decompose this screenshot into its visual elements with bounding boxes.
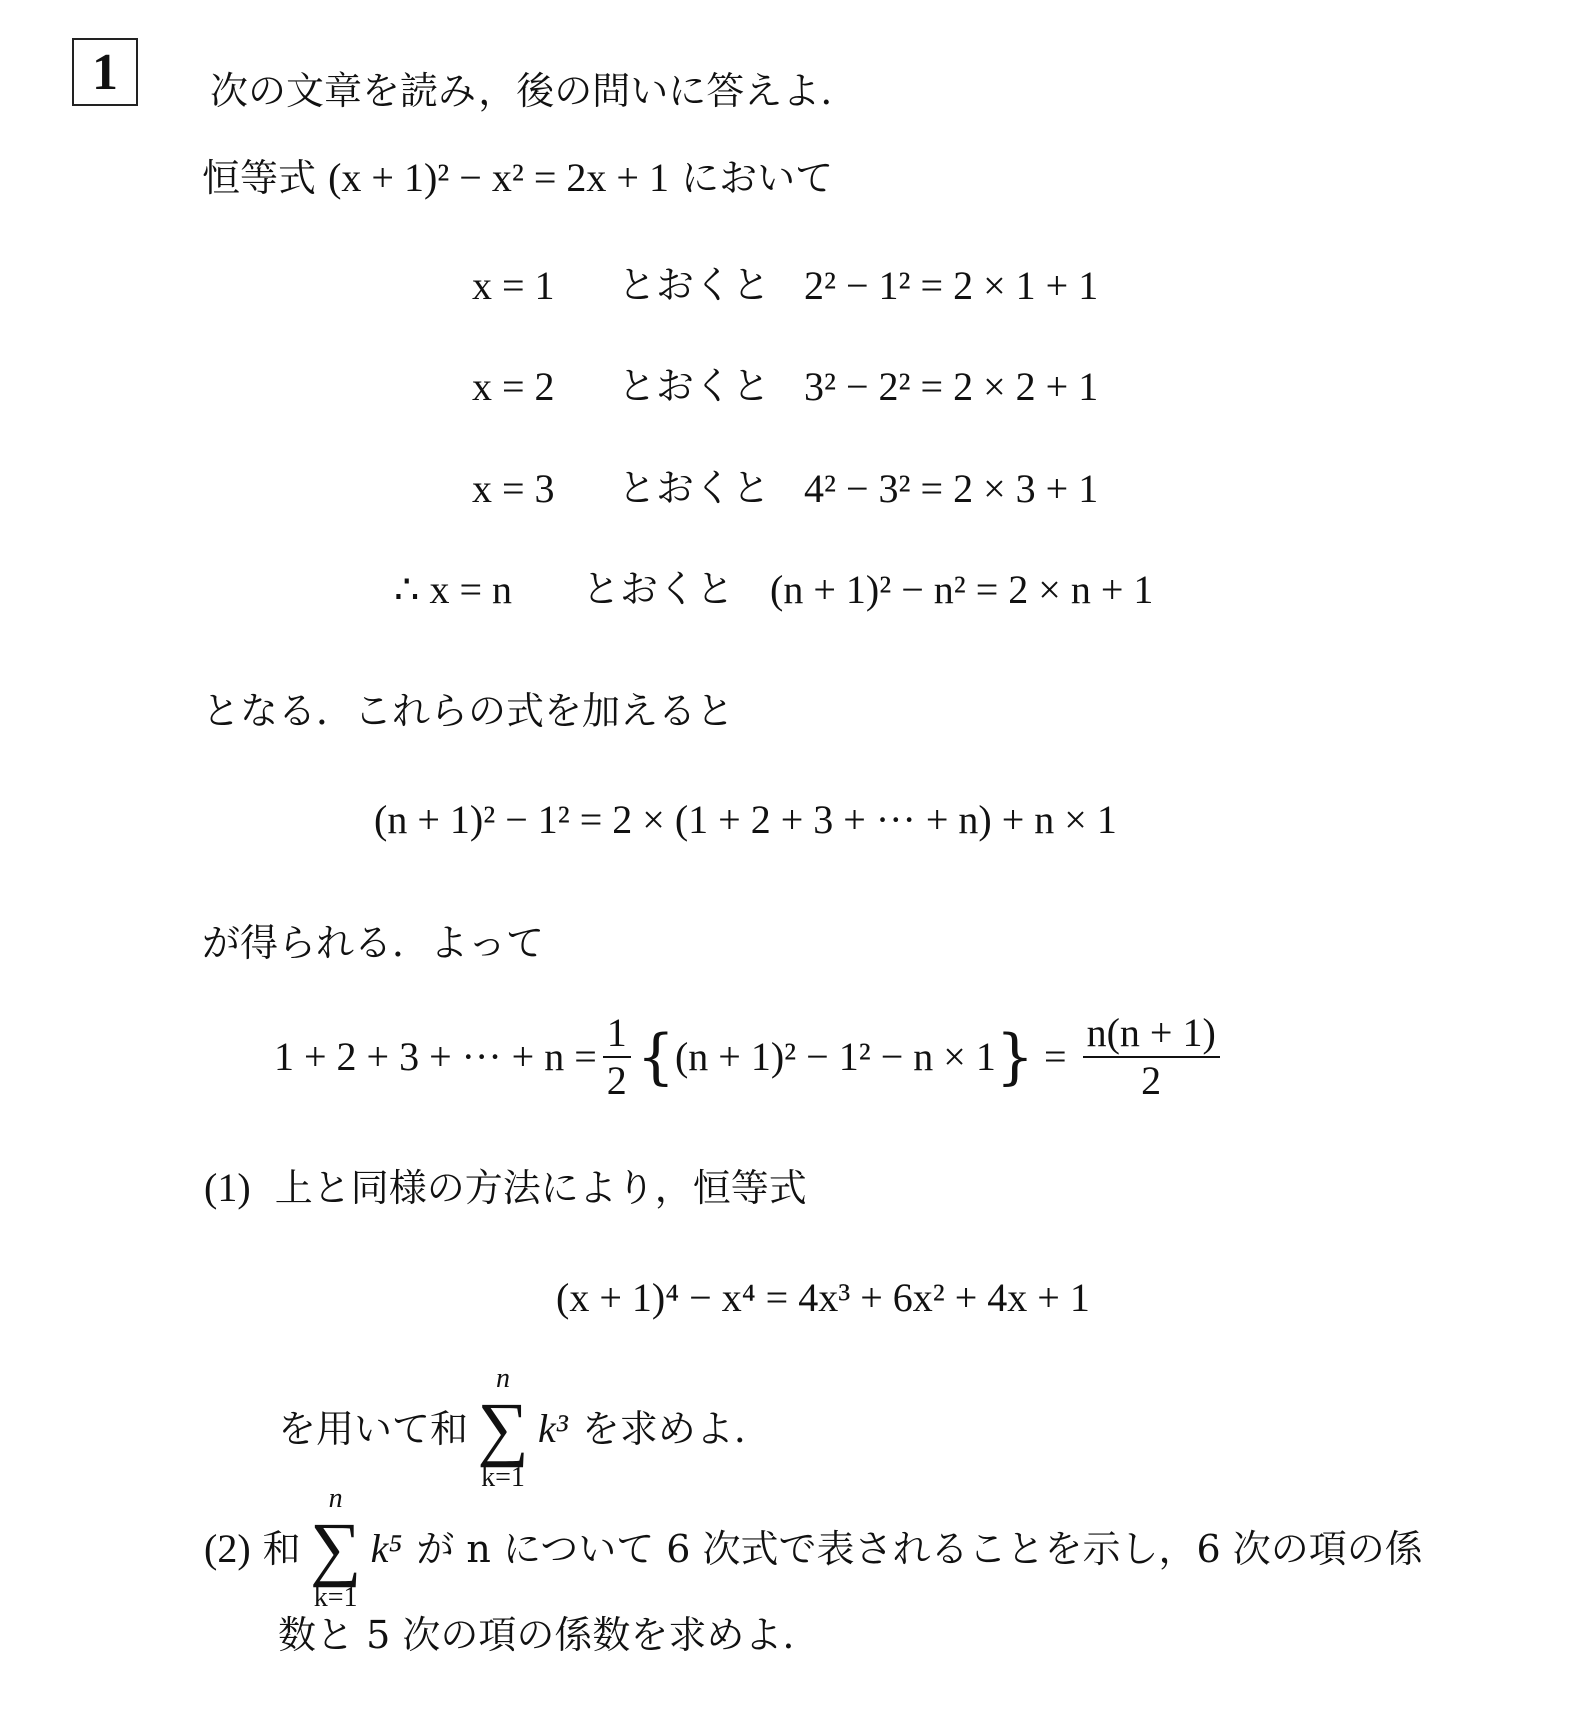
sub-rhs-1: 2² − 1² = 2 × 1 + 1 bbox=[804, 266, 1098, 306]
question-2-line: (2) 和 n ∑ k=1 k⁵ が n について 6 次式で表されることを示し… bbox=[204, 1482, 1423, 1617]
question-2-summand: k⁵ bbox=[371, 1529, 403, 1569]
identity-line: 恒等式 (x + 1)² − x² = 2x + 1 において bbox=[202, 158, 833, 198]
fraction-half: 1 2 bbox=[603, 1010, 631, 1104]
sentence-adding: となる．これらの式を加えると bbox=[202, 692, 734, 730]
result-lhs: 1 + 2 + 3 + ··· + n = bbox=[274, 1037, 597, 1077]
sentence-obtained: が得られる．よって bbox=[202, 924, 544, 962]
sub-mid-3: とおくと bbox=[618, 469, 770, 507]
identity-prefix: 恒等式 bbox=[202, 156, 316, 200]
question-1-label: (1) bbox=[204, 1165, 251, 1210]
sub-lhs-3: x = 3 bbox=[472, 469, 555, 509]
sigma-icon: ∑ bbox=[472, 1396, 534, 1461]
question-2-prefix: 和 bbox=[263, 1530, 301, 1568]
question-1-summand: k³ bbox=[538, 1409, 568, 1449]
right-brace: } bbox=[996, 1027, 1034, 1087]
sub-rhs-2: 3² − 2² = 2 × 2 + 1 bbox=[804, 367, 1098, 407]
summation-k5: n ∑ k=1 bbox=[305, 1482, 367, 1617]
sub-lhs-1: x = 1 bbox=[472, 266, 555, 306]
question-2-line1: が n について 6 次式で表されることを示し，6 次の項の係 bbox=[416, 1530, 1422, 1568]
fraction-result: n(n + 1) 2 bbox=[1083, 1010, 1220, 1104]
left-brace: { bbox=[637, 1027, 675, 1087]
question-1-identity: (x + 1)⁴ − x⁴ = 4x³ + 6x² + 4x + 1 bbox=[556, 1278, 1090, 1318]
question-1-suffix: を求めよ. bbox=[582, 1410, 746, 1448]
summation-k3: n ∑ k=1 bbox=[472, 1362, 534, 1497]
identity-suffix: において bbox=[681, 156, 833, 200]
result-equation: 1 + 2 + 3 + ··· + n = 1 2 { (n + 1)² − 1… bbox=[274, 1010, 1226, 1104]
sigma-icon: ∑ bbox=[305, 1516, 367, 1581]
sub-lhs-n: ∴ x = n bbox=[394, 570, 512, 610]
sum-equation: (n + 1)² − 1² = 2 × (1 + 2 + 3 + ··· + n… bbox=[374, 800, 1117, 840]
sub-lhs-2: x = 2 bbox=[472, 367, 555, 407]
question-1-sum-line: を用いて和 n ∑ k=1 k³ を求めよ. bbox=[278, 1362, 746, 1497]
question-1-prefix: を用いて和 bbox=[278, 1410, 468, 1448]
brace-content: (n + 1)² − 1² − n × 1 bbox=[675, 1037, 996, 1077]
identity-formula: (x + 1)² − x² = 2x + 1 bbox=[328, 155, 669, 200]
question-1-line: (1) 上と同様の方法により，恒等式 bbox=[204, 1168, 807, 1208]
sub-mid-1: とおくと bbox=[618, 266, 770, 304]
intro-text: 次の文章を読み，後の問いに答えよ. bbox=[210, 72, 832, 110]
sub-mid-n: とおくと bbox=[582, 570, 734, 608]
question-2-line2: 数と 5 次の項の係数を求めよ. bbox=[278, 1616, 794, 1654]
result-equals: = bbox=[1044, 1037, 1067, 1077]
sub-rhs-n: (n + 1)² − n² = 2 × n + 1 bbox=[770, 570, 1153, 610]
sub-mid-2: とおくと bbox=[618, 367, 770, 405]
question-1-text: 上と同様の方法により，恒等式 bbox=[275, 1166, 807, 1210]
question-2-label: (2) bbox=[204, 1529, 251, 1569]
sub-rhs-3: 4² − 3² = 2 × 3 + 1 bbox=[804, 469, 1098, 509]
problem-number-box: 1 bbox=[72, 38, 138, 106]
